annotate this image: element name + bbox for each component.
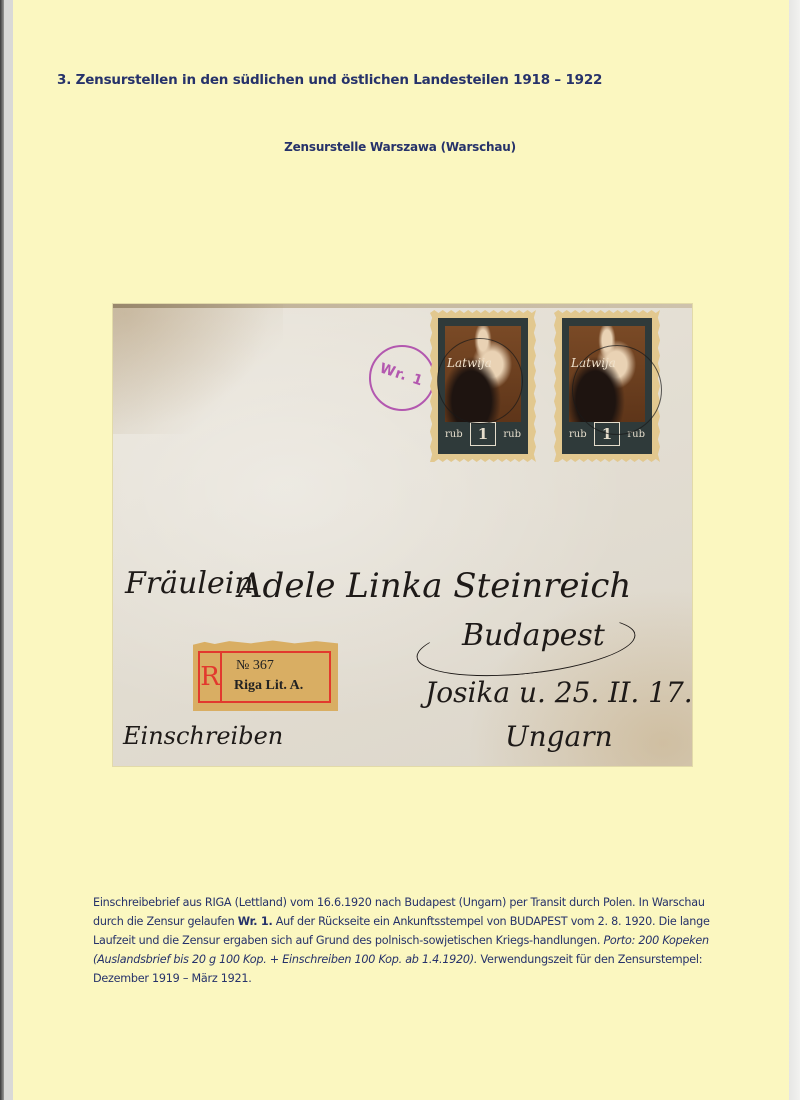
scan-margin-strip bbox=[4, 0, 13, 1100]
address-name: Adele Linka Steinreich bbox=[238, 566, 631, 606]
registration-office: Riga Lit. A. bbox=[234, 678, 303, 694]
address-city: Budapest bbox=[462, 618, 605, 653]
registration-label: R № 367 Riga Lit. A. bbox=[193, 639, 338, 711]
cover-description: Einschreibebrief aus RIGA (Lettland) vom… bbox=[93, 893, 713, 988]
address-country: Ungarn bbox=[505, 720, 613, 753]
stamp-denomination: 1 bbox=[470, 422, 496, 446]
registration-number: № 367 bbox=[236, 658, 274, 674]
address-street: Josika u. 25. II. 17. bbox=[425, 676, 693, 709]
section-title: 3. Zensurstellen in den südlichen und ös… bbox=[57, 72, 602, 88]
registration-r-letter: R bbox=[200, 653, 222, 701]
subsection-title: Zensurstelle Warszawa (Warschau) bbox=[0, 140, 800, 154]
postmark-cancel bbox=[572, 345, 662, 435]
stamp-value-row: rub 1 rub bbox=[443, 422, 523, 446]
censor-stamp: Wr. 1 bbox=[369, 345, 435, 411]
address-salutation: Fräulein bbox=[125, 566, 254, 601]
registration-frame: R № 367 Riga Lit. A. bbox=[198, 651, 331, 703]
stamp-currency: rub bbox=[501, 429, 523, 440]
registered-note: Einschreiben bbox=[123, 722, 283, 750]
stamp-currency: rub bbox=[443, 429, 465, 440]
censor-mark-text: Wr. 1 bbox=[378, 360, 426, 389]
scan-right-strip bbox=[789, 0, 800, 1100]
stamp-currency: rub bbox=[567, 429, 589, 440]
description-censor-reference: Wr. 1. bbox=[238, 915, 273, 928]
postmark-cancel bbox=[437, 338, 523, 424]
